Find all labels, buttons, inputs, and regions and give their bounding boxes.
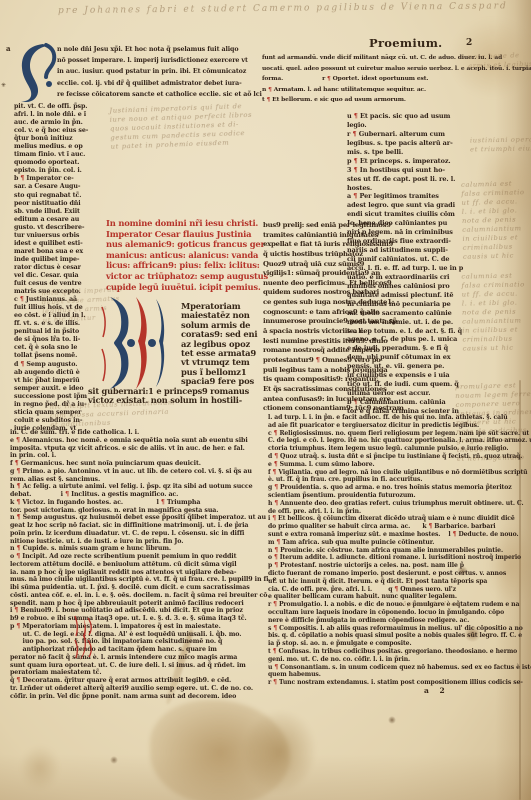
page-bottom-shading	[0, 754, 531, 800]
text-line: geat lz hoc scrip nō faciat. sic in diff…	[10, 522, 264, 530]
folio-number-text: 2	[466, 38, 472, 48]
text-line: e ¶ Alemanicus. hoc nomē. e omnia sequēt…	[10, 437, 264, 445]
red-flourished-initial	[72, 610, 94, 662]
pilcrow-mark: ¶	[453, 531, 457, 538]
text-line: debat. i ¶ Inclitus. a gestis magnifico.…	[10, 491, 264, 499]
text-line: maret bona sua e ex	[14, 248, 108, 256]
pilcrow-mark: ¶	[16, 437, 20, 444]
pilcrow-mark: ¶	[17, 545, 21, 552]
inscription-text: pre Johannes fabri et studert Camermo pa…	[58, 0, 468, 18]
text-line: col. v. e q̃ hoc eius se-	[14, 127, 108, 135]
text-line: sticia quam semper	[14, 409, 108, 417]
quire-signature-text: a 2	[424, 686, 449, 695]
text-line: q̃ uictis hostibus triūphatoz	[263, 250, 365, 260]
text-line: de si q̃nos lr̃a to. li-	[14, 336, 108, 344]
main-text-wide-lines: sit gubernari:1 e princeps9 romanusvicto…	[88, 387, 250, 406]
pilcrow-mark: ¶	[274, 453, 278, 460]
text-line: ab augendo dictū è	[14, 369, 108, 377]
text-line: editum a cesare au	[14, 216, 108, 224]
running-header-title: Proemium.	[369, 36, 442, 50]
text-line: quidem sudores nostros barbari	[263, 288, 365, 298]
text-line: sb. vnde illud. Exiit	[14, 208, 108, 216]
header-title-text: Proemium.	[369, 36, 442, 50]
handwritten-note-upper-center: Justiniani imperatoris qui fuit deiure n…	[109, 101, 268, 151]
pilcrow-mark: ¶	[273, 625, 277, 632]
text-line: fuit cesus de ventre	[14, 280, 108, 288]
blue-initial-glyph	[13, 42, 57, 104]
pilcrow-mark: ¶	[20, 175, 24, 182]
text-line: sto qui regnabat tc̃.	[14, 192, 108, 200]
red-initial-glyph	[72, 610, 94, 662]
text-line: t ¶ Confusas. in tribus codicibus posita…	[268, 648, 518, 656]
text-line: Imperator Cesar flauius Justinia	[106, 229, 258, 240]
text-line: idest e quilibet esti-	[14, 240, 108, 248]
text-line: spendit. nam p hoc q̃ ipe abbreuiauit po…	[10, 600, 264, 608]
text-line: protestantur9 ¶ Omnes9 vero po	[263, 356, 365, 366]
text-line: lesti numine prestitis iterū9: diuio	[263, 337, 365, 347]
text-line: tr. Lrñder ut oñderet alterq̃ alteri9 au…	[10, 685, 264, 693]
text-line: vt hic p̃bat imperiū	[14, 377, 108, 385]
text-line: sar. a Cesare Augu-	[14, 183, 108, 191]
text-line: romane nostrosq̃ addite imperio	[263, 346, 365, 356]
text-line: r ¶ Gubernari. alterum cum	[347, 130, 467, 139]
text-line: n ¶ Semp augustus. qz huiusmōi debet ess…	[10, 514, 264, 522]
text-line: o ¶ Iterum addite. l. adiuncte. ditioni …	[268, 554, 518, 562]
text-line: forma. r ¶ Oportet. idest oportunum est.	[262, 74, 464, 85]
pilcrow-mark: ¶	[16, 499, 20, 506]
pilcrow-mark: ¶	[65, 491, 69, 498]
pilcrow-mark: ¶	[17, 483, 21, 490]
text-line: 3 ¶ In hostibus qui sunt ho-	[347, 166, 467, 175]
pilcrow-mark: ¶	[161, 499, 165, 506]
text-line: q̃ ¶ Decoratam. q̃ritur quare q̃ erat ar…	[10, 677, 264, 685]
text-line: uocati. quel. adeo possunt ut cuiretur m…	[262, 64, 464, 75]
text-line: tis quam compositis9: regantur.	[263, 375, 365, 385]
text-line: licus: affrican9: pius: felix: iclitus:	[106, 260, 258, 271]
text-line: è. ut. ff. q̃ in frau. cre. pupillus in …	[268, 476, 518, 484]
text-line: n ¶ Armatam. l. ad hanc utilitatemque se…	[262, 85, 464, 96]
pilcrow-mark: ¶	[428, 523, 432, 530]
text-line: c ¶ Religiosissimus. no. quem fieri reli…	[268, 430, 518, 438]
text-line: n ¶ Cupide. s. nimis suam gram e hunc li…	[10, 545, 264, 553]
pilcrow-mark: ¶	[274, 554, 278, 561]
pilcrow-mark: ¶	[20, 361, 24, 368]
text-line: u ¶ Consonantiam. s. in unum codicem que…	[268, 664, 518, 672]
text-line: cōfir. in prin. Vel dic p̃pne ponit. nam…	[10, 693, 264, 701]
gloss-initial-blue	[13, 42, 57, 104]
text-line: a ¶ Per legitimos tramites	[347, 192, 467, 201]
text-line: episto. in p̃in. col. i.	[14, 167, 108, 175]
margin-key-letter: a	[6, 44, 11, 53]
text-line: Quoz9 utraq̃ uiā cuz sūmis9	[263, 260, 365, 270]
text-line: de offi. pre. afri. l. i. in p̃rin.	[268, 508, 518, 516]
text-line: timam finio. vt ĩ auc.	[14, 151, 108, 159]
text-line: q̃tur bonū initiuz	[14, 135, 108, 143]
text-line: occultam iure laqueis inodare in cōponen…	[268, 609, 518, 617]
pilcrow-mark: ¶	[274, 547, 278, 554]
text-line: funt ad armandū. vnde dicif militant nāq…	[262, 53, 464, 64]
pilcrow-mark: ¶	[273, 679, 277, 686]
text-line: vel dic. Cesar. quia	[14, 272, 108, 280]
text-line: tur vniuersus orbis	[14, 232, 108, 240]
text-line: sunt e extra romanā imperiuz sūt. e maxi…	[268, 531, 518, 539]
pilcrow-mark: ¶	[394, 586, 398, 593]
margin-mark: ✳	[1, 82, 6, 89]
text-line: In nomine domini nr̃i iesu christi.	[106, 218, 258, 229]
text-line: poĩn prin. lz icerdum diuadatur. vt. C. …	[10, 530, 264, 538]
text-line: c ¶ Justinianus. aã	[14, 296, 108, 304]
text-line: cognoscunt: e tam africa9 q̃ alie	[263, 308, 365, 318]
text-line: Justiniani imperatoris qui fuit de	[109, 101, 267, 116]
text-line: k ¶ Victoz. in fugando hostes. ac. l ¶ T…	[10, 499, 264, 507]
text-line: peor nistituatio dñi	[14, 200, 108, 208]
pilcrow-mark: ¶	[16, 468, 20, 475]
text-line: iure nouo et antiquo perfecit libros	[110, 110, 268, 125]
text-line: quomodo oporteat.	[14, 159, 108, 167]
text-line: expellat e fiat tā iuris religiosissim9	[263, 240, 365, 250]
text-line: legio.	[347, 121, 467, 130]
quire-signature: a 2	[424, 686, 449, 695]
text-line: innumerose prouincie9 post tanta sp̃	[263, 317, 365, 327]
pilcrow-mark: ¶	[272, 515, 276, 522]
text-line: in. C. de sum. tri. e fide catholica. l.…	[10, 429, 264, 437]
text-line: rem. alias est §. sancimus.	[10, 476, 264, 484]
main-text-right-column: bus9 prelij: sed eniā per legitimos9tram…	[263, 221, 365, 414]
text-line: antiphorizat rñdendo ad tacitam q̃dem ha…	[10, 646, 264, 654]
text-line: tramites calūniantiū iniquitates	[263, 231, 365, 241]
text-line: p ¶ Mperatoriam maiestatem. l. impatores…	[10, 623, 264, 631]
text-line: cii punif calūniatos. ut. C. de	[347, 255, 467, 264]
pilcrow-mark: ¶	[354, 166, 358, 174]
incipit-rubric: In nomine domini nr̃i iesu christi.Imper…	[106, 218, 258, 292]
text-line: vigilijs1: sūmaq̃ prouidentia9 an	[263, 269, 365, 279]
pilcrow-mark: ¶	[15, 460, 19, 467]
text-line: gusto. vt describere-	[14, 224, 108, 232]
text-line: e ¶ Summa. l. cum sūmo labore.	[268, 461, 518, 469]
text-line: nere è difficle p̃mulgata in ordinem cōp…	[268, 617, 518, 625]
pilcrow-mark: ¶	[16, 677, 20, 684]
text-line: legibus. s. tpe pacis alterū ar-	[347, 139, 467, 148]
text-line: ce gentes sub iuga nostra deducte1:	[263, 298, 365, 308]
text-line: ut patet in prohemio eiusdem	[111, 137, 269, 152]
text-line: quem habemus.	[268, 671, 518, 679]
text-line: auc. de armio in p̃n.	[14, 119, 108, 127]
ownership-inscription: pre Johannes fabri et studert Camermo pa…	[58, 0, 468, 18]
text-line: ff. vt. s. e s. de illis.	[14, 320, 108, 328]
text-line: nō posset imperare. l. imperij iurisdict…	[57, 55, 265, 66]
pilcrow-mark: ¶	[354, 112, 358, 120]
text-line: in auc. iusiur. quod pstatur in prin. ib…	[57, 66, 265, 77]
pilcrow-mark: ¶	[354, 157, 358, 165]
text-line: perator nō facit q̃ sūma è. l. armis int…	[10, 654, 264, 662]
text-line: cia. C. de offi. pre. p̃re. afri. l. i. …	[268, 586, 518, 594]
text-line: in prin. col. i.	[10, 452, 264, 460]
pilcrow-mark: ¶	[273, 469, 277, 476]
text-line: penitual id in p̃sito	[14, 328, 108, 336]
pilcrow-mark: ¶	[353, 130, 357, 138]
text-line: ia p̃ stop. si. ao. n. e p̃mulgate e com…	[268, 640, 518, 648]
text-line: mus. nā imo ciuile uigilantibus scriptū …	[10, 576, 264, 584]
text-line: ia. nam p hoc q̃ ipe uigilauit reddit no…	[10, 569, 264, 577]
text-line: g ¶ Prouidentia. s. quo ad arma. e no. t…	[268, 484, 518, 492]
text-line: iuo pa. po. sol. §. fiñio. ibi impatoria…	[10, 638, 264, 646]
text-line: p ¶ Protestanf. nostrie uictorijs a cele…	[268, 562, 518, 570]
incunabulum-page-scan: pre Johannes fabri et studert Camermo pa…	[0, 0, 531, 800]
text-line: geni. mo. ut. C. de no. co. cōfir. l. i.…	[268, 656, 518, 664]
text-line: cōsti. antea cōf. e. el. in. i. e. §. oē…	[10, 592, 264, 600]
text-line: cet. q̃ è sola sno le	[14, 344, 108, 352]
text-line: h ¶ Ac felig. a uirtute animi. vel felig…	[10, 483, 264, 491]
text-line: h ¶ Annuente deo. deo gratias refert. cu…	[268, 500, 518, 508]
text-line: coluit e subditos in-	[14, 417, 108, 425]
text-line: n nole dñi Jesu xp̃i. Et hoc nota q̃ pse…	[57, 44, 265, 55]
text-line: quos uocauit institutiones et di-	[110, 119, 268, 134]
text-line: dicto fuerant de romano imperio. post de…	[268, 570, 518, 578]
text-line: ut. C. de legi. e cō. l. digna. Al' è es…	[10, 631, 264, 639]
text-line: gestum cum pandectis seu codice	[110, 128, 268, 143]
pilcrow-mark: ¶	[276, 539, 280, 546]
text-line: lectorem attētum docilē. e beniuolum att…	[10, 561, 264, 569]
text-line: imposita. vtputa qz vicit africos. e sic…	[10, 445, 264, 453]
text-line: re fecisse cōicatorem sancte et catholic…	[57, 89, 265, 100]
text-line: victoz existat. non solum in hostili-	[88, 396, 250, 405]
text-line: rator dictus è cesar	[14, 264, 108, 272]
text-line: r ¶ Tunc nostram extendamus. i. statim p…	[268, 679, 518, 687]
pilcrow-mark: ¶	[16, 623, 20, 630]
text-line: nus alemanic9: goticus francus ger	[106, 239, 258, 250]
text-line: d ¶ Quoz utraq̃. s. iusta dñt e si p̃nci…	[268, 453, 518, 461]
text-line: sunt quam iura oporteat. ut. C. de iure …	[10, 662, 264, 670]
text-line: adest legro. que sunt via gradi	[347, 201, 467, 210]
text-line: f ¶ Vigilantia. quo ad legro. nā iuo ciu…	[268, 469, 518, 477]
text-line: t ¶ Et bellorum. e sic quo ad usum armor…	[262, 95, 464, 106]
gloss-bottom-left-block: in. C. de sum. tri. e fide catholica. l.…	[10, 429, 264, 700]
text-line: u ¶ Et pacis. sic quo ad usum	[347, 112, 467, 121]
text-line: scientiam p̃sentium. prouidentia futuroz…	[268, 492, 518, 500]
pilcrow-mark: ¶	[273, 601, 277, 608]
text-line: nuente deo perficimus. Et bellicos9	[263, 279, 365, 289]
gloss-bottom-right-block: l. ad turp. l. i. in p̃n. e facit adhoc.…	[268, 414, 518, 687]
pilcrow-mark: ¶	[20, 296, 24, 303]
text-line: afri. l. in nole dñi. e ĩ	[14, 111, 108, 119]
text-line: victor ac triūphatoz: semp augustus	[106, 271, 258, 282]
text-line: p ¶ Et princeps. s. imperatoz.	[347, 157, 467, 166]
text-line: pit. vt. C. de offi. p̃sp.	[14, 103, 108, 111]
text-line: b ¶ Imperator ce-	[14, 175, 108, 183]
text-line: ctionem consonantiam9: tūc9 nostram	[263, 404, 365, 414]
text-line: puli legibus tam a nobis promulga	[263, 366, 365, 376]
text-line: tollat p̃sens nomē.	[14, 352, 108, 360]
text-line: mis. s. tpe belli.	[347, 148, 467, 157]
gloss-top-left-block: n nole dñi Jesu xp̃i. Et hoc nota q̃ pse…	[57, 44, 265, 100]
text-line: o ¶ Incipit. Ad oze recte scribentium pu…	[10, 553, 264, 561]
text-line: ā spacia nostris victoriis a ce	[263, 327, 365, 337]
pilcrow-mark: ¶	[274, 461, 278, 468]
pilcrow-mark: ¶	[16, 553, 20, 560]
text-line: ut. ut hic innuit q̃ dicit. Iterum. e q̃…	[268, 578, 518, 586]
text-line: melius medius. e op	[14, 143, 108, 151]
text-line: Et q̃s sacratissimas constitutiones	[263, 385, 365, 395]
text-line: r ¶ Promulgatio. l. a nobis. e dic de no…	[268, 601, 518, 609]
gloss-top-right-block: funt ad armandū. vnde dicif militant nāq…	[262, 53, 464, 106]
text-line: m ¶ Tam africa. sub qua multe puincie cō…	[268, 539, 518, 547]
pilcrow-mark: ¶	[274, 430, 278, 437]
text-line: endi sicut tramites ciuilis cōm	[347, 210, 467, 219]
initial-I-glyph	[100, 297, 174, 389]
text-line: tor. post uictoriam. gloriosus. n. erat …	[10, 507, 264, 515]
text-line: eo cōst. e i aliud in l.	[14, 312, 108, 320]
pilcrow-mark: ¶	[14, 607, 18, 614]
speck-1	[388, 716, 396, 724]
text-line: i ¶ Beniuol9. i. bone uolūtatio ad adisc…	[10, 607, 264, 615]
text-line: g ¶ Primo. a pio. Antonino. vt in auc. u…	[10, 468, 264, 476]
text-line: l. ad turp. l. i. in p̃n. e facit adhoc.…	[268, 414, 518, 422]
pilcrow-mark: ¶	[327, 75, 331, 82]
text-line: fuit illius hoĩs. vt de	[14, 304, 108, 312]
text-line: do primo qualiter se habuit circa arma. …	[268, 523, 518, 531]
text-line: inde quilibet impe-	[14, 256, 108, 264]
text-line: ibi sūma puidentia. ut. I. p̃xi. §. doci…	[10, 584, 264, 592]
text-line: peratoriam maiestatem tc̃.	[10, 669, 264, 677]
text-line: matris sue excepto.	[14, 288, 108, 296]
pilcrow-mark: ¶	[268, 86, 272, 93]
text-line: antea confusas9: in luculentam ere	[263, 395, 365, 405]
text-line: s ¶ Compositis. l. ab aliis quas reforma…	[268, 625, 518, 633]
pilcrow-mark: ¶	[353, 192, 357, 200]
gloss-left-column: pit. vt. C. de offi. p̃sp.afri. l. in no…	[14, 103, 108, 433]
pilcrow-mark: ¶	[273, 648, 277, 655]
text-line: b9 e robuo. e ibi summa itaq3 ope. ut. I…	[10, 615, 264, 623]
main-text-left-column: Mperatoriammaiestatēz nonsolum armis dec…	[181, 302, 259, 387]
text-line: d ¶ Semp augusto.	[14, 361, 108, 369]
text-line: ecclie. col. ij. vbi dr̃ q̃ quilibet adm…	[57, 78, 265, 89]
text-line: ctoria triumphus. item legem usuo legū. …	[268, 445, 518, 453]
text-line: nitione iusticie. ut. i. de iusti. e iur…	[10, 538, 264, 546]
illuminated-initial-I	[100, 297, 174, 389]
text-line: stes ut ff. de capt. post li. re. l.	[347, 175, 467, 184]
pilcrow-mark: ¶	[274, 484, 278, 491]
text-line: f ¶ Germanicus. hec sunt noĩa puinciarum…	[10, 460, 264, 468]
pilcrow-mark: ¶	[274, 664, 278, 671]
folio-number: 2	[466, 38, 472, 48]
text-line: i ¶ Et bellicos. q̃ cōiunctim dixerat di…	[268, 515, 518, 523]
text-line: ad aĩe fit puaricator e tergiuersatoz di…	[268, 422, 518, 430]
pilcrow-mark: ¶	[267, 96, 271, 103]
text-line: bis. q. d. cōpilatio a nobis quasi simul…	[268, 632, 518, 640]
pilcrow-mark: ¶	[274, 500, 278, 507]
text-line: cupide legū iuuētui. icipit pemius.	[106, 282, 258, 293]
pilcrow-mark: ¶	[316, 356, 320, 364]
text-line: hostes.	[347, 184, 467, 193]
text-line: e qualiter bellicam curam habuit. nunc q…	[268, 593, 518, 601]
text-line: bus9 prelij: sed eniā per legitimos9	[263, 221, 365, 231]
pilcrow-mark: ¶	[17, 514, 21, 521]
pilcrow-mark: ¶	[274, 562, 278, 569]
text-line: manicus: anticus: alanicus: vanda	[106, 250, 258, 261]
text-line: C. de legi. e cō. l. legro. itē no. hic …	[268, 437, 518, 445]
text-line: n ¶ Prouincie. sic cōstrue. tam africa q…	[268, 547, 518, 555]
